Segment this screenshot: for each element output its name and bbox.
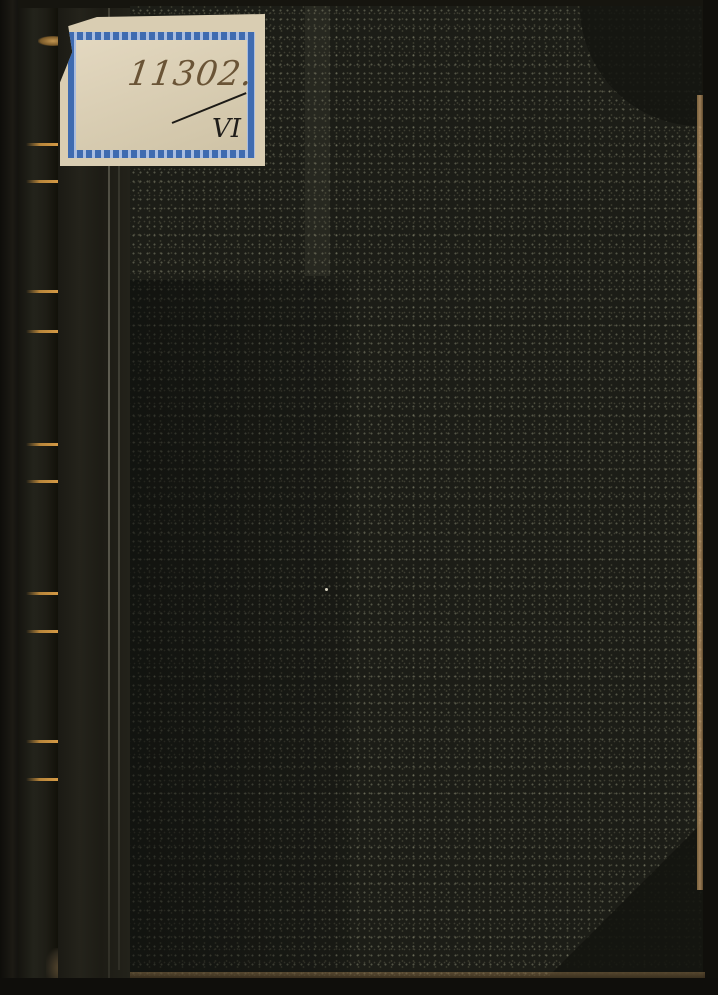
book-cover-photo: 11302. VI xyxy=(0,0,718,995)
dust-speck xyxy=(325,588,328,591)
background-bottom xyxy=(0,978,718,995)
back-board-edge xyxy=(0,0,18,995)
library-label: 11302. VI xyxy=(60,14,265,166)
label-catalog-number: 11302. xyxy=(125,54,256,94)
book-spine xyxy=(18,8,59,980)
board-shadow xyxy=(130,280,350,980)
board-light-patch xyxy=(305,6,330,276)
board-edge-highlight xyxy=(118,150,120,970)
label-volume-number: VI xyxy=(212,114,241,144)
background-right xyxy=(703,0,718,995)
